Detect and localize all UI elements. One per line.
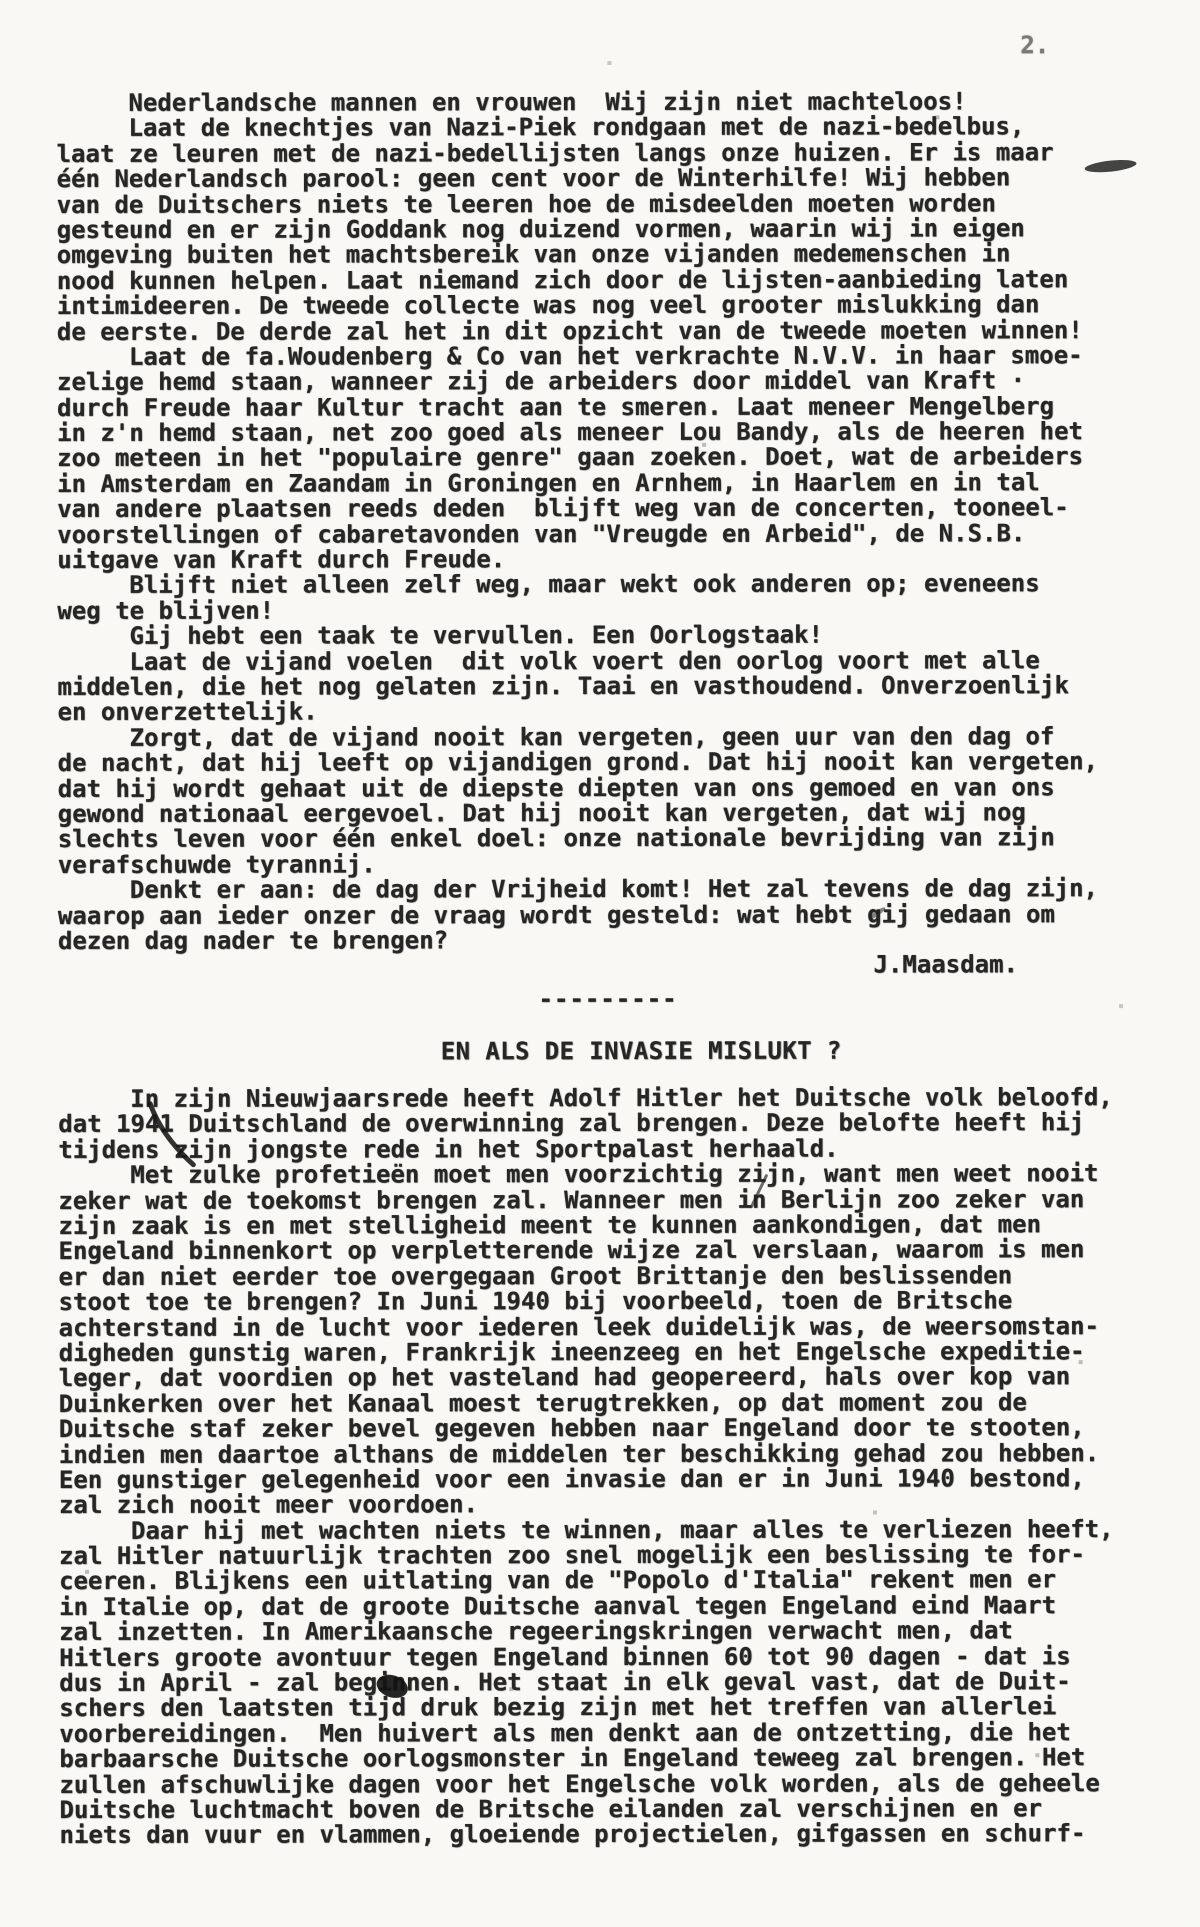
article-oorlogstaak: Nederlandsche mannen en vrouwen Wij zijn… [56,89,1158,954]
article-invasie: In zijn Nieuwjaarsrede heeft Adolf Hitle… [58,1085,1159,1849]
text-line: slechts leven voor één enkel doel: onze … [58,825,1158,852]
text-line: dat 1941 Duitschland de overwinning zal … [58,1110,1158,1137]
document-page: 2. Nederlandsche mannen en vrouwen Wij z… [0,0,1200,1927]
signature: J.Maasdam. [58,952,1158,979]
section-divider: --------- [58,986,1158,1013]
text-line: waarop aan ieder onzer de vraag wordt ge… [58,902,1158,929]
text-line: Een gunstiger gelegenheid voor een invas… [59,1466,1159,1493]
text-line: Blijft niet alleen zelf weg, maar wekt o… [57,571,1157,598]
text-line: niets dan vuur en vlammen, gloeiende pro… [59,1821,1159,1848]
article-heading: EN ALS DE INVASIE MISLUKT ? [91,1037,1191,1065]
page-content: Nederlandsche mannen en vrouwen Wij zijn… [56,89,1159,1849]
scan-area: 2. Nederlandsche mannen en vrouwen Wij z… [0,0,1200,1927]
text-line: middelen, die het nog gelaten zijn. Taai… [57,673,1157,700]
text-line: voorstellingen of cabaretavonden van "Vr… [57,521,1157,548]
page-number: 2. [1020,31,1049,59]
